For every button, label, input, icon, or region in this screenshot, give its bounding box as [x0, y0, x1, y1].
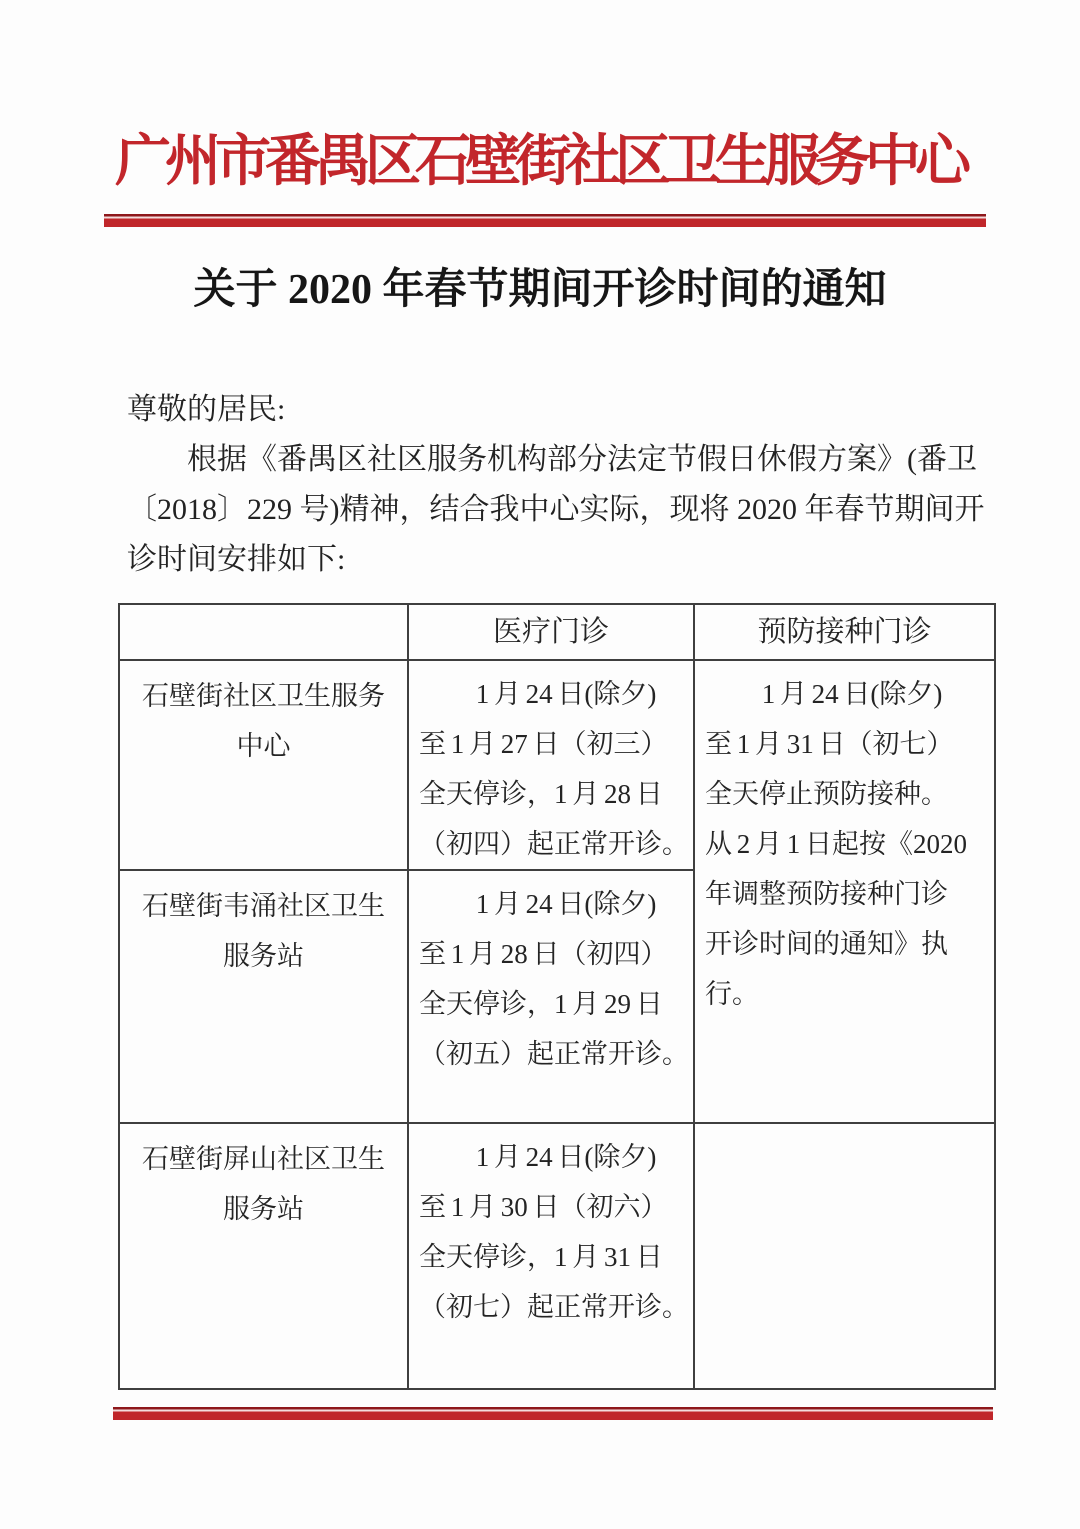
medical-schedule-cell-weichong: 1 月 24 日(除夕) 至 1 月 28 日（初四） 全天停诊，1 月 29 … [408, 870, 694, 1123]
site-name-cell-pingshan: 石壁街屏山社区卫生 服务站 [119, 1123, 408, 1389]
table-header-vaccination-clinic: 预防接种门诊 [694, 604, 995, 660]
schedule-table: 医疗门诊 预防接种门诊 石壁街社区卫生服务 中心 1 月 24 日(除夕) 至 … [118, 603, 996, 1390]
medical-schedule-cell-pingshan: 1 月 24 日(除夕) 至 1 月 30 日（初六） 全天停诊，1 月 31 … [408, 1123, 694, 1389]
table-header-medical-outpatient: 医疗门诊 [408, 604, 694, 660]
notice-body: 尊敬的居民: 根据《番禺区社区服务机构部分法定节假日休假方案》(番卫 〔2018… [127, 385, 1047, 585]
vaccination-schedule-cell-empty [694, 1123, 995, 1389]
intro-paragraph: 根据《番禺区社区服务机构部分法定节假日休假方案》(番卫 〔2018〕229 号)… [127, 435, 1047, 585]
letterhead-divider-line [104, 214, 986, 227]
site-name-cell-center: 石壁街社区卫生服务 中心 [119, 660, 408, 870]
organization-letterhead-title: 广州市番禺区石壁街社区卫生服务中心 [60, 132, 1020, 192]
table-row-center: 石壁街社区卫生服务 中心 1 月 24 日(除夕) 至 1 月 27 日（初三）… [119, 660, 995, 870]
vaccination-schedule-cell-merged: 1 月 24 日(除夕) 至 1 月 31 日（初七） 全天停止预防接种。 从 … [694, 660, 995, 1123]
notice-document-page: 广州市番禺区石壁街社区卫生服务中心 关于 2020 年春节期间开诊时间的通知 尊… [0, 0, 1080, 1529]
site-name-cell-weichong: 石壁街韦涌社区卫生 服务站 [119, 870, 408, 1123]
footer-divider-line [113, 1407, 993, 1420]
table-row-pingshan-station: 石壁街屏山社区卫生 服务站 1 月 24 日(除夕) 至 1 月 30 日（初六… [119, 1123, 995, 1389]
table-header-row: 医疗门诊 预防接种门诊 [119, 604, 995, 660]
medical-schedule-cell-center: 1 月 24 日(除夕) 至 1 月 27 日（初三） 全天停诊，1 月 28 … [408, 660, 694, 870]
table-header-blank-cell [119, 604, 408, 660]
notice-title: 关于 2020 年春节期间开诊时间的通知 [0, 265, 1080, 315]
salutation-line: 尊敬的居民: [127, 385, 1047, 435]
